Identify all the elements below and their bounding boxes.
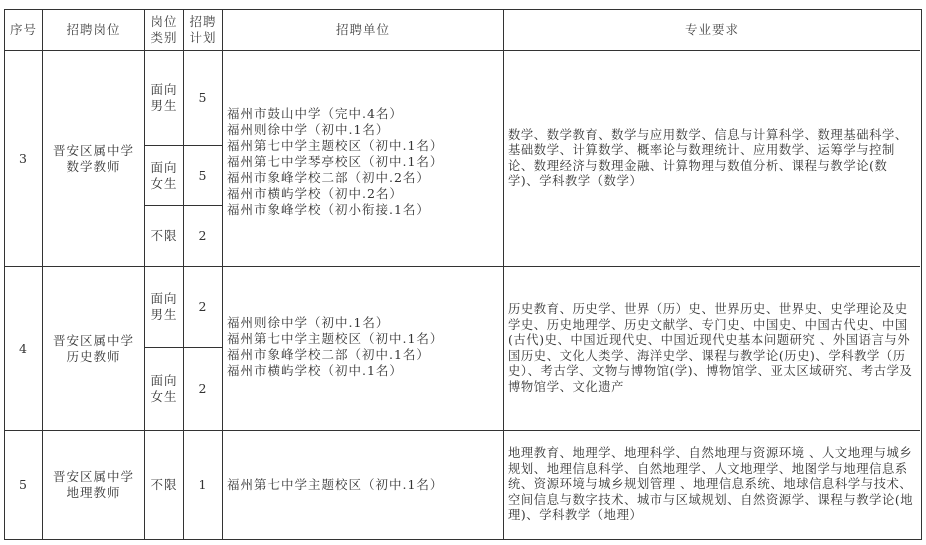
- header-seq: 序号: [5, 10, 43, 51]
- category-line: 面向: [150, 291, 177, 307]
- header-plan-line-1: 招聘: [189, 14, 216, 30]
- unit-item: 福州市鼓山中学（完中.4名）: [227, 106, 403, 122]
- row-4-position-line-1: 晋安区属中学: [53, 333, 134, 349]
- unit-item: 福州第七中学主题校区（初中.1名）: [227, 477, 443, 493]
- unit-item: 福州第七中学主题校区（初中.1名）: [227, 138, 443, 154]
- unit-item: 福州第七中学琴亭校区（初中.1名）: [227, 154, 443, 170]
- row-4-units: 福州则徐中学（初中.1名） 福州第七中学主题校区（初中.1名） 福州市象峰学校二…: [223, 267, 504, 431]
- category-line: 面向: [150, 373, 177, 389]
- header-units: 招聘单位: [223, 10, 504, 51]
- header-plan-line-2: 计划: [189, 30, 216, 46]
- unit-item: 福州则徐中学（初中.1名）: [227, 315, 389, 331]
- header-category-line-1: 岗位: [150, 14, 177, 30]
- row-3-plan-female: 5: [184, 146, 223, 206]
- row-3-majors: 数学、数学教育、数学与应用数学、信息与计算科学、数理基础科学、基础数学、计算数学…: [504, 51, 920, 267]
- row-4-category-female: 面向 女生: [145, 348, 184, 431]
- row-3-plan-male: 5: [184, 51, 223, 146]
- row-4-category-male: 面向 男生: [145, 267, 184, 348]
- row-5-plan-any: 1: [184, 431, 223, 539]
- category-line: 女生: [150, 176, 177, 192]
- row-4-position: 晋安区属中学 历史教师: [43, 267, 145, 431]
- category-line: 男生: [150, 307, 177, 323]
- row-3-seq: 3: [5, 51, 43, 267]
- row-4-plan-female: 2: [184, 348, 223, 431]
- row-5-seq: 5: [5, 431, 43, 539]
- row-3-category-female: 面向 女生: [145, 146, 184, 206]
- row-3-position-line-2: 数学教师: [66, 159, 120, 175]
- row-3-units: 福州市鼓山中学（完中.4名） 福州则徐中学（初中.1名） 福州第七中学主题校区（…: [223, 51, 504, 267]
- header-position: 招聘岗位: [43, 10, 145, 51]
- header-category-line-2: 类别: [150, 30, 177, 46]
- row-5-position: 晋安区属中学 地理教师: [43, 431, 145, 539]
- unit-item: 福州市横屿学校（初中.2名）: [227, 186, 403, 202]
- category-line: 面向: [150, 82, 177, 98]
- row-3-category-any: 不限: [145, 206, 184, 267]
- header-plan: 招聘 计划: [184, 10, 223, 51]
- row-5-majors: 地理教育、地理学、地理科学、自然地理与资源环境 、人文地理与城乡规划、地理信息科…: [504, 431, 920, 539]
- unit-item: 福州则徐中学（初中.1名）: [227, 122, 389, 138]
- row-4-majors: 历史教育、历史学、世界（历）史、世界历史、世界史、史学理论及史学史、历史地理学、…: [504, 267, 920, 431]
- row-5-category-any: 不限: [145, 431, 184, 539]
- row-4-position-line-2: 历史教师: [66, 349, 120, 365]
- category-line: 男生: [150, 98, 177, 114]
- row-3-plan-any: 2: [184, 206, 223, 267]
- category-line: 面向: [150, 160, 177, 176]
- row-5-position-line-2: 地理教师: [66, 485, 120, 501]
- row-5-position-line-1: 晋安区属中学: [53, 469, 134, 485]
- unit-item: 福州市象峰学校（初小衔接.1名）: [227, 202, 430, 218]
- recruitment-table: 序号 招聘岗位 岗位 类别 招聘 计划 招聘单位 专业要求 3 晋安区属中学 数…: [4, 9, 922, 540]
- row-5-units: 福州第七中学主题校区（初中.1名）: [223, 431, 504, 539]
- row-4-plan-male: 2: [184, 267, 223, 348]
- unit-item: 福州第七中学主题校区（初中.1名）: [227, 331, 443, 347]
- row-3-category-male: 面向 男生: [145, 51, 184, 146]
- unit-item: 福州市象峰学校二部（初中.2名）: [227, 170, 430, 186]
- row-3-position-line-1: 晋安区属中学: [53, 143, 134, 159]
- unit-item: 福州市横屿学校（初中.1名）: [227, 363, 403, 379]
- unit-item: 福州市象峰学校二部（初中.1名）: [227, 347, 430, 363]
- row-4-seq: 4: [5, 267, 43, 431]
- header-category: 岗位 类别: [145, 10, 184, 51]
- row-3-position: 晋安区属中学 数学教师: [43, 51, 145, 267]
- category-line: 女生: [150, 389, 177, 405]
- header-majors: 专业要求: [504, 10, 920, 51]
